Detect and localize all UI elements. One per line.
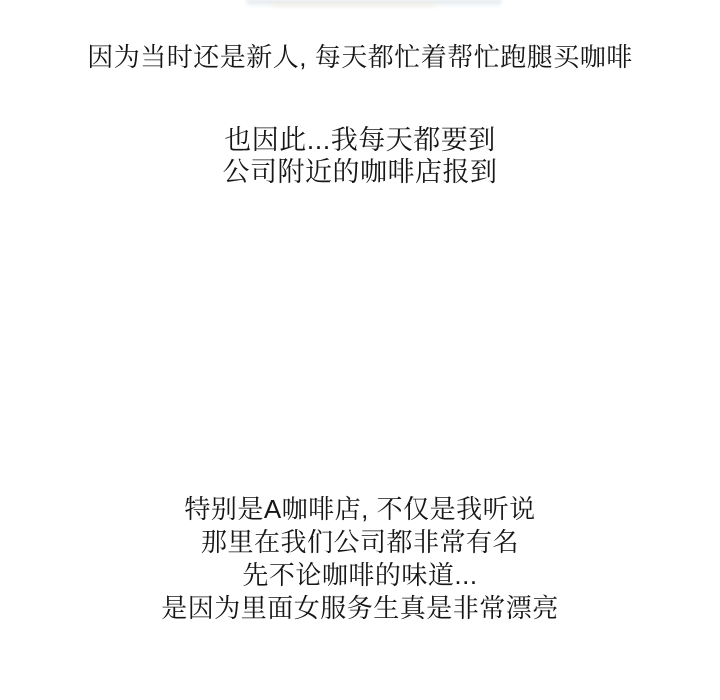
narration-intro-block: 也因此...我每天都要到 公司附近的咖啡店报到 xyxy=(0,124,720,188)
narration-line: 特别是A咖啡店, 不仅是我听说 xyxy=(0,493,720,526)
narration-line: 先不论咖啡的味道... xyxy=(0,559,720,592)
narration-line: 公司附近的咖啡店报到 xyxy=(0,156,720,188)
narration-cafe-block: 特别是A咖啡店, 不仅是我听说 那里在我们公司都非常有名 先不论咖啡的味道...… xyxy=(0,493,720,625)
narration-line: 是因为里面女服务生真是非常漂亮 xyxy=(0,592,720,625)
narration-top-block: 因为当时还是新人, 每天都忙着帮忙跑腿买咖啡 xyxy=(0,42,720,72)
narration-line: 那里在我们公司都非常有名 xyxy=(0,526,720,559)
cutoff-artifact-warm xyxy=(272,3,434,8)
narration-line: 因为当时还是新人, 每天都忙着帮忙跑腿买咖啡 xyxy=(0,42,720,72)
narration-line: 也因此...我每天都要到 xyxy=(0,124,720,156)
